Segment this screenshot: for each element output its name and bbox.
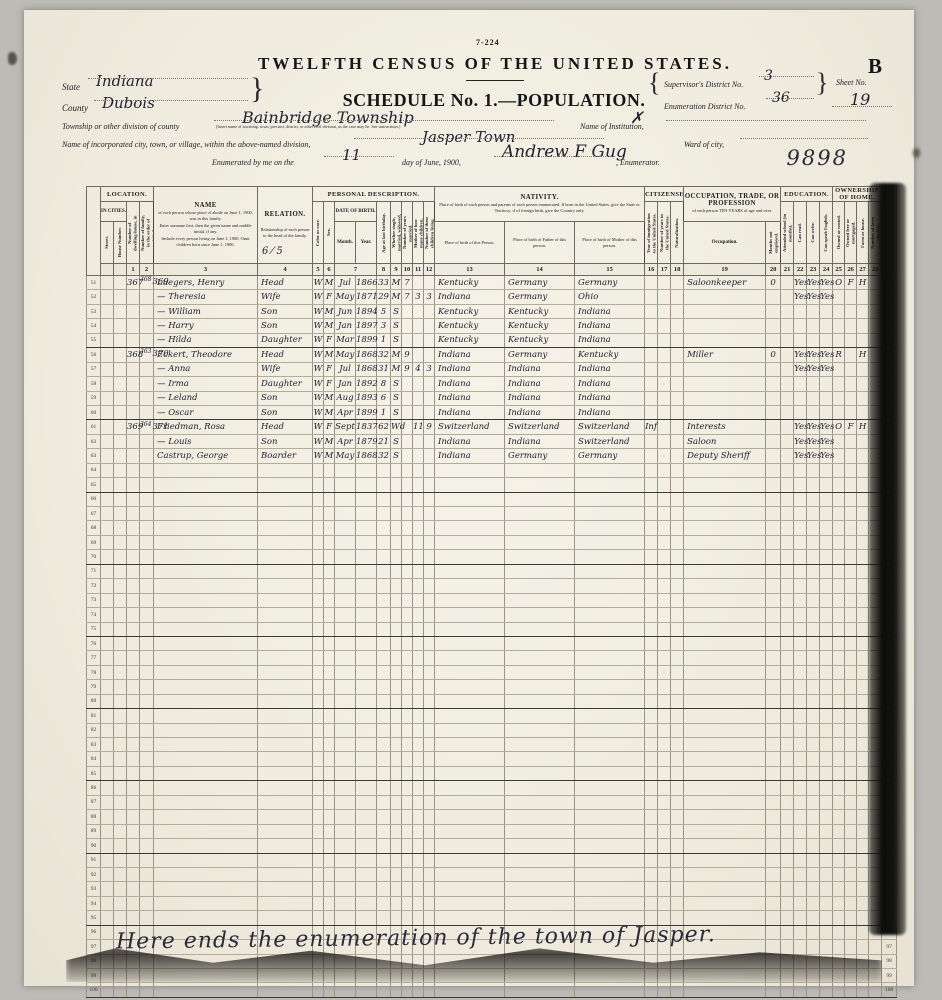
cell-occupation [684,766,766,780]
census-row: 8282 [87,723,897,737]
cell-relation [258,810,313,824]
cell-street [101,752,114,766]
cell-pob [435,680,505,694]
cell-street [101,766,114,780]
cell-write [807,622,820,636]
cell-ch_living [424,867,435,881]
cell-farm [857,622,869,636]
cell-dwelling [127,709,140,723]
cell-yrs_married [402,795,413,809]
cell-relation [258,550,313,564]
cell-pob_f: Indiana [505,377,575,391]
cell-farm [857,362,869,376]
cell-pob: Indiana [435,449,505,463]
cell-imm [645,521,658,535]
cell-farm [857,810,869,824]
cell-occupation [684,680,766,694]
cell-name [154,709,258,723]
cell-house [114,449,127,463]
line-number-left: 81 [87,709,101,723]
cell-farm [857,983,869,997]
census-row: 6464 [87,463,897,477]
cell-imm [645,507,658,521]
cell-pob_m [575,507,645,521]
cell-english [820,694,833,708]
cell-occupation [684,579,766,593]
cell-pob_f [505,636,575,650]
cell-english: Yes [820,348,833,362]
state-county-brace: } [250,72,264,106]
cell-nat [671,492,684,506]
cell-house [114,492,127,506]
cell-occupation [684,304,766,318]
cell-english [820,839,833,853]
cell-age [377,680,391,694]
age-header: Age at last birthday. [377,202,391,264]
cell-owned: O [833,276,845,290]
cell-sex [324,752,335,766]
cell-ch_born [413,680,424,694]
cell-marital [391,579,402,593]
section-name: NAME of each person whose place of abode… [154,187,258,264]
cell-english [820,680,833,694]
cell-family [140,795,154,809]
cell-read [794,781,807,795]
cell-ch_living [424,896,435,910]
cell-owned [833,738,845,752]
census-row: 9494 [87,896,897,910]
cell-ch_born [413,348,424,362]
cell-age [377,867,391,881]
cell-month: Sept [335,420,356,434]
colnum-4: 4 [258,264,313,276]
cell-age: 8 [377,377,391,391]
cell-english [820,377,833,391]
cell-dwelling [127,593,140,607]
enumerated-prefix: Enumerated by me on the [212,158,294,167]
line-number-left: 66 [87,492,101,506]
cell-month [335,738,356,752]
cell-pob_f [505,492,575,506]
cell-month [335,766,356,780]
cell-dwelling [127,304,140,318]
cell-house [114,377,127,391]
cell-house [114,867,127,881]
cell-sched [869,983,882,997]
cell-occupation [684,492,766,506]
cell-farm [857,579,869,593]
cell-family [140,810,154,824]
cell-street [101,391,114,405]
cell-dwelling [127,377,140,391]
cell-pob_m [575,839,645,853]
cell-free [845,824,857,838]
cell-free [845,348,857,362]
census-row: 7070 [87,550,897,564]
cell-ch_living [424,478,435,492]
cell-mo_unemp [766,651,781,665]
cell-read [794,723,807,737]
cell-year [356,839,377,853]
cell-marital: S [391,434,402,448]
cell-free [845,882,857,896]
cell-sex [324,810,335,824]
cell-year [356,709,377,723]
cell-pob [435,507,505,521]
cell-marital [391,680,402,694]
cell-house [114,420,127,434]
cell-mo_unemp [766,362,781,376]
cell-sex [324,766,335,780]
cell-school [781,608,794,622]
cell-free: F [845,420,857,434]
cell-sex [324,492,335,506]
cell-pob [435,550,505,564]
cell-name [154,521,258,535]
cell-english [820,507,833,521]
cell-read: Yes [794,290,807,304]
cell-write [807,665,820,679]
township-note: [Insert name of township, town, precinct… [216,124,400,129]
cell-school [781,478,794,492]
cell-year: 1868 [356,348,377,362]
cell-month: Jan [335,377,356,391]
cell-sex: M [324,391,335,405]
cell-family [140,781,154,795]
cell-year [356,694,377,708]
cell-free [845,810,857,824]
cell-color: W [313,333,324,347]
cell-occupation: Miller [684,348,766,362]
cell-mo_unemp [766,319,781,333]
cell-street [101,810,114,824]
cell-relation: Wife [258,362,313,376]
cell-year [356,882,377,896]
cell-dwelling [127,781,140,795]
cell-ch_born [413,636,424,650]
cell-age [377,492,391,506]
cell-english [820,550,833,564]
cell-year [356,478,377,492]
colnum-16: 16 [645,264,658,276]
cell-age [377,795,391,809]
cell-nat [671,651,684,665]
cell-pob_f: Germany [505,348,575,362]
cell-dwelling [127,333,140,347]
cell-read [794,853,807,867]
cell-age [377,694,391,708]
cell-farm [857,593,869,607]
colnum-13: 13 [435,264,505,276]
cell-yrs_married [402,694,413,708]
cell-imm [645,377,658,391]
cell-ch_born [413,882,424,896]
cell-farm [857,492,869,506]
cell-read [794,651,807,665]
census-row: 8383 [87,738,897,752]
cell-family [140,636,154,650]
cell-yrs_us [658,276,671,290]
cell-pob_f [505,824,575,838]
cell-nat [671,636,684,650]
census-row: 59— LelandSonWMAug18936SIndianaIndianaIn… [87,391,897,405]
cell-month [335,507,356,521]
cell-dwelling [127,391,140,405]
township-line [214,120,554,121]
cell-pob_m: Indiana [575,333,645,347]
cell-marital [391,766,402,780]
cell-ch_born [413,853,424,867]
cell-color [313,723,324,737]
cell-house [114,463,127,477]
cell-name [154,752,258,766]
cell-ch_living [424,463,435,477]
colnum-26: 26 [845,264,857,276]
cell-ch_born [413,709,424,723]
cell-color: W [313,276,324,290]
cell-school [781,377,794,391]
cell-write [807,766,820,780]
cell-yrs_married [402,911,413,925]
cell-sex: F [324,290,335,304]
cell-read [794,535,807,549]
cell-write: Yes [807,290,820,304]
cell-name [154,896,258,910]
cell-ch_born [413,333,424,347]
cell-house [114,781,127,795]
line-number-left: 55 [87,333,101,347]
cell-english [820,608,833,622]
cell-yrs_us [658,709,671,723]
cell-mo_unemp [766,535,781,549]
cell-mo_unemp [766,810,781,824]
cell-relation [258,463,313,477]
colnum-8: 8 [377,264,391,276]
cell-relation [258,723,313,737]
cell-color [313,622,324,636]
cell-imm [645,853,658,867]
cell-ch_born [413,463,424,477]
naturalization-header: Naturalization. [671,202,684,264]
cell-ch_born: 3 [413,290,424,304]
cell-free [845,492,857,506]
census-row: 7575 [87,622,897,636]
street-header: Street. [101,222,114,264]
cell-school [781,463,794,477]
cell-nat [671,507,684,521]
cell-farm [857,550,869,564]
scan-mark-left [8,52,17,65]
cell-ch_living [424,550,435,564]
cell-nat [671,723,684,737]
cell-owned [833,853,845,867]
cell-street [101,723,114,737]
cell-farm: H [857,276,869,290]
cell-nat [671,896,684,910]
cell-house [114,593,127,607]
cell-mo_unemp [766,853,781,867]
cell-free [845,665,857,679]
cell-color: W [313,391,324,405]
cell-write [807,882,820,896]
cell-mo_unemp [766,680,781,694]
cell-sex [324,579,335,593]
cell-pob: Indiana [435,391,505,405]
cell-ch_living [424,636,435,650]
cell-pob [435,622,505,636]
cell-marital [391,853,402,867]
cell-pob_f [505,752,575,766]
cell-farm [857,304,869,318]
cell-pob [435,983,505,997]
census-row: 55— HildaDaughterWFMar18991SKentuckyKent… [87,333,897,347]
cell-write [807,405,820,419]
cell-family [140,680,154,694]
cell-mo_unemp [766,377,781,391]
cell-age: 1 [377,405,391,419]
cell-free [845,853,857,867]
cell-name: Luegers, Henry [154,276,258,290]
cell-ch_born [413,377,424,391]
cell-marital: S [391,391,402,405]
cell-pob [435,608,505,622]
cell-pob_m [575,766,645,780]
cell-month [335,608,356,622]
cell-nat [671,333,684,347]
cell-read [794,478,807,492]
cell-occupation [684,463,766,477]
cell-dwelling [127,738,140,752]
cell-year: 1868 [356,449,377,463]
cell-english: Yes [820,434,833,448]
cell-write [807,507,820,521]
cell-ch_living [424,333,435,347]
cell-imm [645,795,658,809]
cell-pob_m: Switzerland [575,420,645,434]
cell-yrs_us [658,535,671,549]
cell-owned [833,867,845,881]
cell-year: 1868 [356,362,377,376]
line-number-left: 62 [87,434,101,448]
cell-relation [258,535,313,549]
cell-yrs_us [658,766,671,780]
cell-occupation [684,824,766,838]
mother-children-header: Mother of how many children. [413,202,424,264]
cell-imm [645,362,658,376]
cell-free [845,521,857,535]
cell-house [114,333,127,347]
cell-imm [645,882,658,896]
cell-ch_born [413,983,424,997]
cell-street [101,738,114,752]
cell-dwelling [127,839,140,853]
cell-english [820,665,833,679]
cell-relation: Head [258,348,313,362]
census-row: 6868 [87,521,897,535]
cell-family [140,492,154,506]
cell-family [140,391,154,405]
cell-school [781,304,794,318]
cell-color [313,709,324,723]
cell-read [794,463,807,477]
cell-yrs_married [402,824,413,838]
colnum-22: 22 [794,264,807,276]
cell-family [140,377,154,391]
cell-english [820,810,833,824]
cell-street [101,651,114,665]
colnum-3: 3 [154,264,258,276]
cell-ch_living [424,853,435,867]
cell-house [114,362,127,376]
cell-relation: Wife [258,290,313,304]
cell-farm [857,636,869,650]
cell-free [845,608,857,622]
cell-write [807,795,820,809]
cell-yrs_us [658,304,671,318]
cell-ch_living [424,535,435,549]
cell-write [807,492,820,506]
cell-pob_f: Germany [505,276,575,290]
cell-owned [833,608,845,622]
cell-dwelling [127,911,140,925]
cell-read [794,839,807,853]
cell-marital: S [391,377,402,391]
cell-english [820,738,833,752]
cell-english: Yes [820,420,833,434]
cell-pob_m [575,622,645,636]
cell-pob_m: Indiana [575,362,645,376]
cell-sex [324,983,335,997]
cell-yrs_married [402,550,413,564]
cell-house [114,795,127,809]
cell-mo_unemp [766,449,781,463]
cell-color [313,766,324,780]
cell-relation [258,680,313,694]
cell-yrs_married [402,896,413,910]
cell-school [781,535,794,549]
cell-month: May [335,290,356,304]
cell-street [101,665,114,679]
cell-pob_m [575,694,645,708]
cell-nat [671,348,684,362]
cell-name [154,507,258,521]
cell-family [140,535,154,549]
cell-name: — Hilda [154,333,258,347]
cell-yrs_us [658,564,671,578]
cell-write [807,738,820,752]
cell-ch_born: 11 [413,420,424,434]
cell-sex [324,564,335,578]
cell-owned [833,449,845,463]
cell-house [114,304,127,318]
cell-month [335,867,356,881]
cell-ch_living [424,492,435,506]
cell-family [140,882,154,896]
cell-farm [857,709,869,723]
cell-owned [833,680,845,694]
census-row: 8888 [87,810,897,824]
cell-school [781,507,794,521]
cell-year [356,824,377,838]
census-row: 7272 [87,579,897,593]
cell-pob: Kentucky [435,333,505,347]
cell-pob_m [575,564,645,578]
cell-relation: Head [258,420,313,434]
cell-marital [391,810,402,824]
family-number-correction: 363 [140,348,151,355]
cell-nat [671,362,684,376]
cell-year [356,680,377,694]
